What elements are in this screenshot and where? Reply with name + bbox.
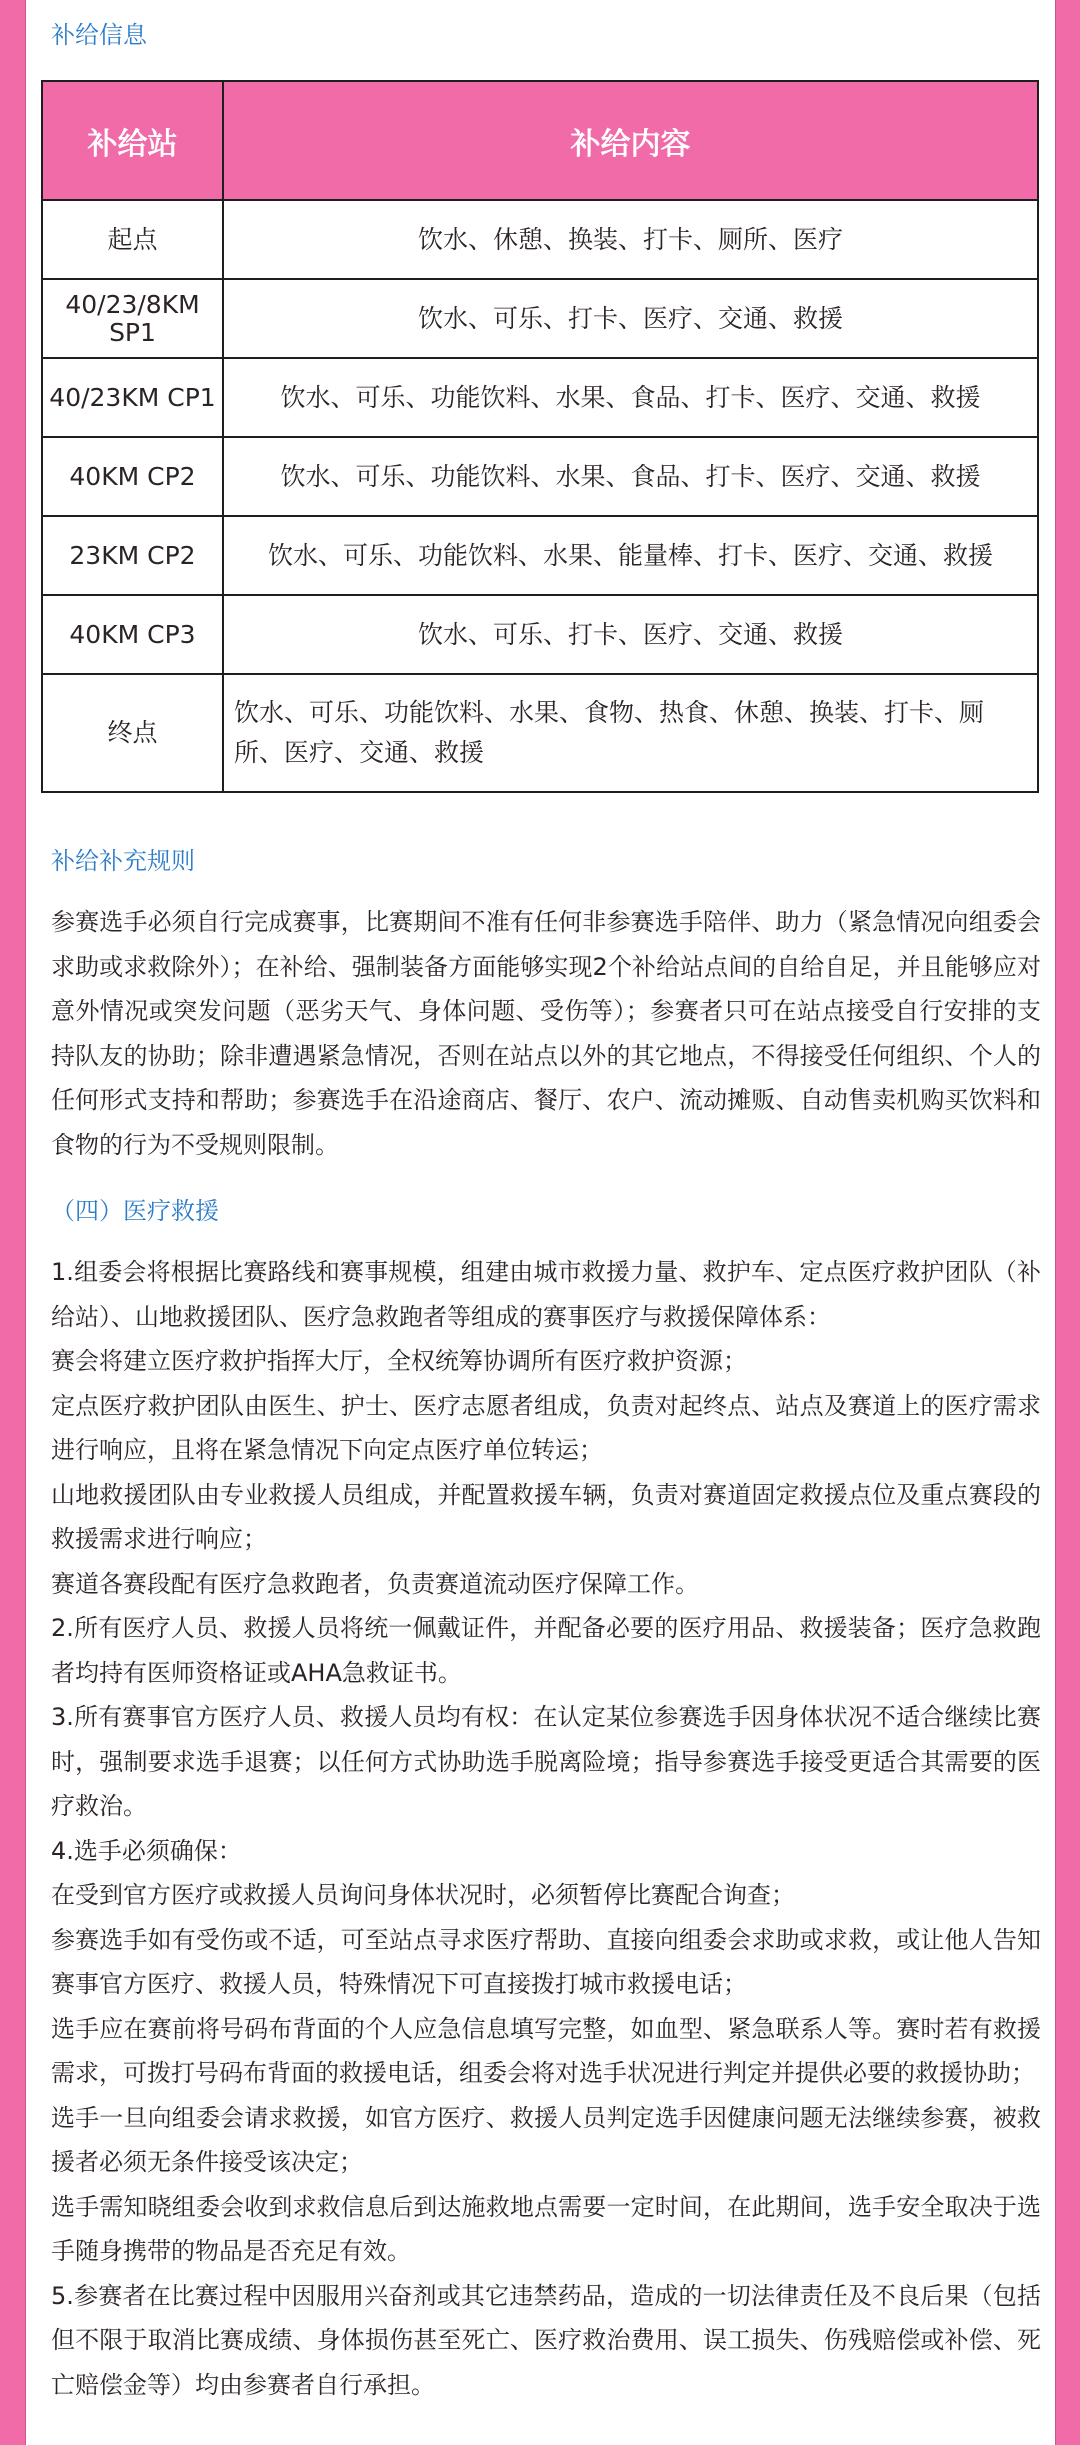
station-cell: 终点 xyxy=(42,674,223,792)
content-cell: 饮水、休憩、换装、打卡、厕所、医疗 xyxy=(223,200,1038,279)
content-cell: 饮水、可乐、功能饮料、水果、食物、热食、休憩、换装、打卡、厕所、医疗、交通、救援 xyxy=(223,674,1038,792)
page-border-left xyxy=(0,0,26,2445)
medical-paragraph: 定点医疗救护团队由医生、护士、医疗志愿者组成，负责对起终点、站点及赛道上的医疗需… xyxy=(51,1384,1041,1473)
medical-paragraph: 2.所有医疗人员、救援人员将统一佩戴证件，并配备必要的医疗用品、救援装备；医疗急… xyxy=(51,1606,1041,1695)
table-row: 终点 饮水、可乐、功能饮料、水果、食物、热食、休憩、换装、打卡、厕所、医疗、交通… xyxy=(42,674,1038,792)
content-cell: 饮水、可乐、打卡、医疗、交通、救援 xyxy=(223,279,1038,358)
medical-paragraph: 山地救援团队由专业救援人员组成，并配置救援车辆，负责对赛道固定救援点位及重点赛段… xyxy=(51,1473,1041,1562)
content-cell: 饮水、可乐、功能饮料、水果、食品、打卡、医疗、交通、救援 xyxy=(223,358,1038,437)
rules-body: 参赛选手必须自行完成赛事，比赛期间不准有任何非参赛选手陪伴、助力（紧急情况向组委… xyxy=(51,900,1041,1167)
medical-paragraph: 选手一旦向组委会请求救援，如官方医疗、救援人员判定选手因健康问题无法继续参赛，被… xyxy=(51,2096,1041,2185)
article-content: 补给信息 补给站 补给内容 起点 饮水、休憩、换装、打卡、厕所、医疗 40/23… xyxy=(25,0,1056,2445)
medical-paragraph: 赛会将建立医疗救护指挥大厅，全权统筹协调所有医疗救护资源； xyxy=(51,1339,1041,1384)
station-cell: 23KM CP2 xyxy=(42,516,223,595)
content-cell: 饮水、可乐、功能饮料、水果、能量棒、打卡、医疗、交通、救援 xyxy=(223,516,1038,595)
medical-paragraph: 选手应在赛前将号码布背面的个人应急信息填写完整，如血型、紧急联系人等。赛时若有救… xyxy=(51,2007,1041,2096)
supply-table-header: 补给站 补给内容 xyxy=(42,81,1038,200)
header-station: 补给站 xyxy=(42,81,223,200)
table-row: 40KM CP3 饮水、可乐、打卡、医疗、交通、救援 xyxy=(42,595,1038,674)
medical-paragraph: 3.所有赛事官方医疗人员、救援人员均有权：在认定某位参赛选手因身体状况不适合继续… xyxy=(51,1695,1041,1829)
content-cell: 饮水、可乐、功能饮料、水果、食品、打卡、医疗、交通、救援 xyxy=(223,437,1038,516)
table-row: 23KM CP2 饮水、可乐、功能饮料、水果、能量棒、打卡、医疗、交通、救援 xyxy=(42,516,1038,595)
table-row: 40KM CP2 饮水、可乐、功能饮料、水果、食品、打卡、医疗、交通、救援 xyxy=(42,437,1038,516)
table-row: 40/23KM CP1 饮水、可乐、功能饮料、水果、食品、打卡、医疗、交通、救援 xyxy=(42,358,1038,437)
station-cell: 40/23/8KM SP1 xyxy=(42,279,223,358)
station-cell: 40KM CP3 xyxy=(42,595,223,674)
medical-paragraph: 1.组委会将根据比赛路线和赛事规模，组建由城市救援力量、救护车、定点医疗救护团队… xyxy=(51,1250,1041,1339)
supply-table: 补给站 补给内容 起点 饮水、休憩、换装、打卡、厕所、医疗 40/23/8KM … xyxy=(41,80,1039,793)
content-cell: 饮水、可乐、打卡、医疗、交通、救援 xyxy=(223,595,1038,674)
station-cell: 40KM CP2 xyxy=(42,437,223,516)
medical-body: 1.组委会将根据比赛路线和赛事规模，组建由城市救援力量、救护车、定点医疗救护团队… xyxy=(51,1250,1041,2407)
station-cell: 起点 xyxy=(42,200,223,279)
medical-paragraph: 赛道各赛段配有医疗急救跑者，负责赛道流动医疗保障工作。 xyxy=(51,1562,1041,1607)
medical-section-title: （四）医疗救援 xyxy=(51,1196,219,1226)
table-row: 40/23/8KM SP1 饮水、可乐、打卡、医疗、交通、救援 xyxy=(42,279,1038,358)
header-content: 补给内容 xyxy=(223,81,1038,200)
table-row: 起点 饮水、休憩、换装、打卡、厕所、医疗 xyxy=(42,200,1038,279)
page-border-right xyxy=(1055,0,1080,2445)
medical-paragraph: 在受到官方医疗或救援人员询问身体状况时，必须暂停比赛配合询查； xyxy=(51,1873,1041,1918)
medical-paragraph: 4.选手必须确保： xyxy=(51,1829,1041,1874)
medical-paragraph: 5.参赛者在比赛过程中因服用兴奋剂或其它违禁药品，造成的一切法律责任及不良后果（… xyxy=(51,2274,1041,2408)
medical-paragraph: 参赛选手如有受伤或不适，可至站点寻求医疗帮助、直接向组委会求助或求救，或让他人告… xyxy=(51,1918,1041,2007)
medical-paragraph: 选手需知晓组委会收到求救信息后到达施救地点需要一定时间，在此期间，选手安全取决于… xyxy=(51,2185,1041,2274)
supply-section-title: 补给信息 xyxy=(51,20,147,50)
rules-section-title: 补给补充规则 xyxy=(51,846,195,876)
station-cell: 40/23KM CP1 xyxy=(42,358,223,437)
